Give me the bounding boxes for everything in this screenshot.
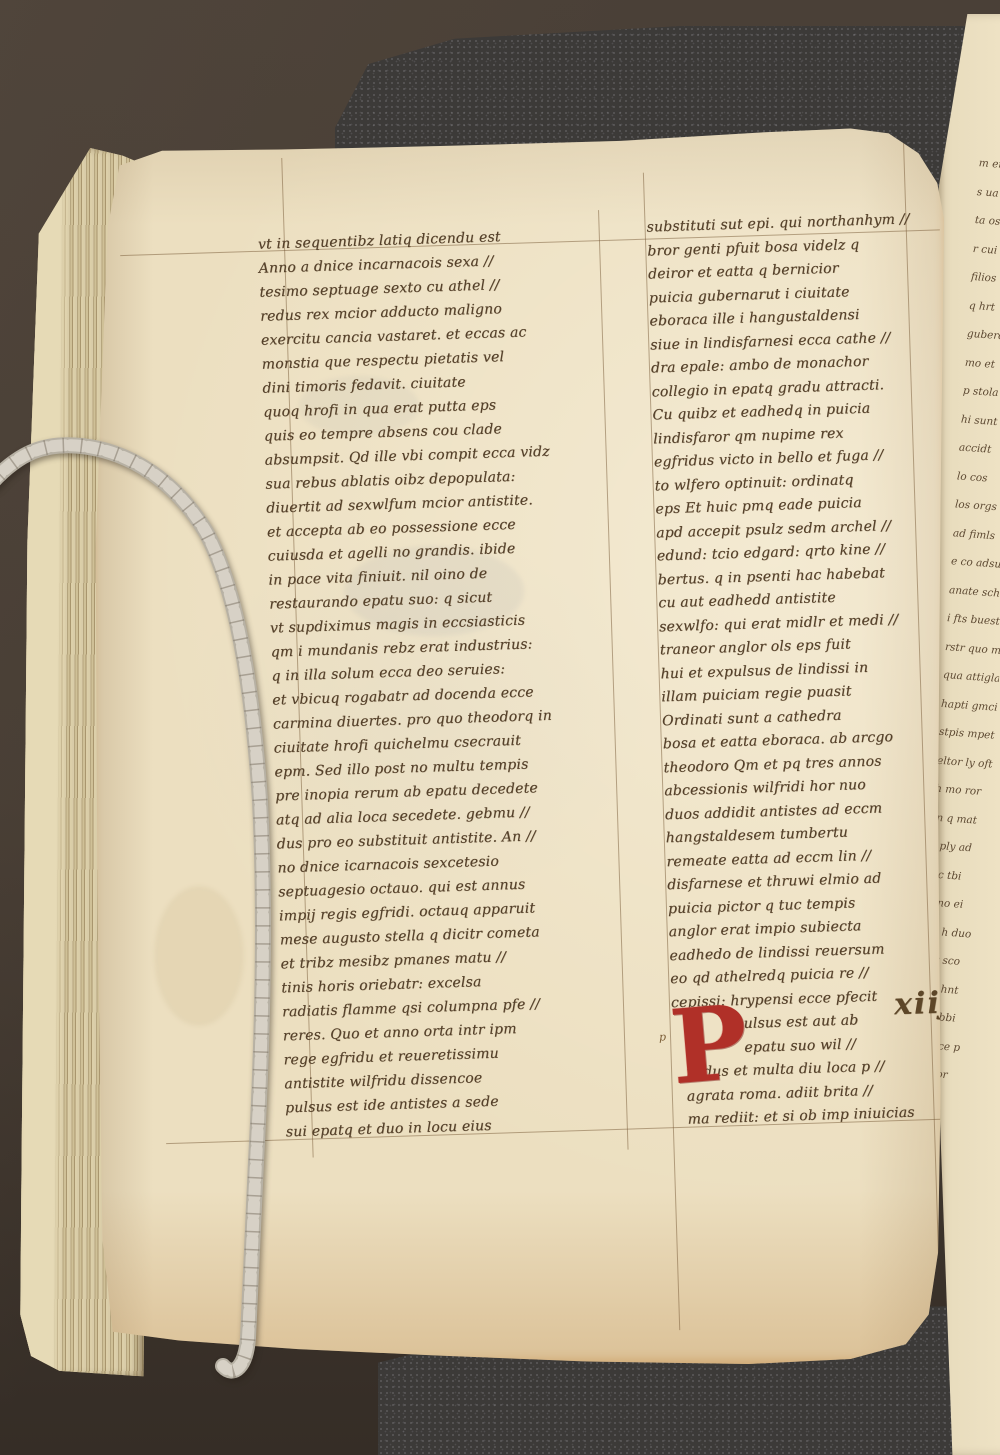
column-right-upper: substituti sut epi. qui northanhym //bro…: [646, 208, 933, 1015]
text-column-left: vt in sequentibz latiq dicendu estAnno a…: [258, 222, 636, 1145]
rubricated-initial-P: P: [667, 994, 760, 1113]
manuscript-line: hapti gmci: [940, 689, 998, 721]
manuscript-line: qua attigla: [942, 661, 1000, 693]
manuscript-line: ta os: [974, 206, 1000, 238]
manuscript-line: lo cos: [956, 462, 1000, 494]
manuscript-line: ad fimls: [952, 519, 1000, 551]
manuscript-line: guberd: [966, 320, 1000, 352]
manuscript-line: s ua: [976, 178, 1000, 210]
manuscript-line: q hrt: [968, 291, 1000, 323]
manuscript-line: accidt: [958, 434, 1000, 466]
manuscript-line: r ply ad: [930, 832, 988, 864]
manuscript-line: p stola: [962, 377, 1000, 409]
manuscript-photo: m ers uata osr cuifiliosq hrtguberdmo et…: [0, 0, 1000, 1455]
manuscript-line: rstr quo m: [944, 633, 1000, 665]
manuscript-line: m er: [978, 149, 1000, 181]
guide-letter: p: [659, 1030, 666, 1043]
manuscript-line: stpis mpetu: [938, 718, 996, 750]
manuscript-line: hi sunt: [960, 405, 1000, 437]
manuscript-line: e co adsu: [950, 547, 1000, 579]
manuscript-line: anate sche: [948, 576, 1000, 608]
manuscript-line: filios: [970, 263, 1000, 295]
manuscript-line: i fts buest: [946, 604, 1000, 636]
text-block: vt in sequentibz latiq dicendu estAnno a…: [90, 105, 978, 1369]
manuscript-line: in q mat: [932, 803, 990, 835]
manuscript-line: eltor ly oft: [936, 746, 994, 778]
manuscript-line: r cui: [972, 235, 1000, 267]
manuscript-line: mo et: [964, 348, 1000, 380]
manuscript-page: vt in sequentibz latiq dicendu estAnno a…: [94, 126, 944, 1364]
manuscript-line: los orgs: [954, 490, 1000, 522]
manuscript-line: h mo ror: [934, 775, 992, 807]
